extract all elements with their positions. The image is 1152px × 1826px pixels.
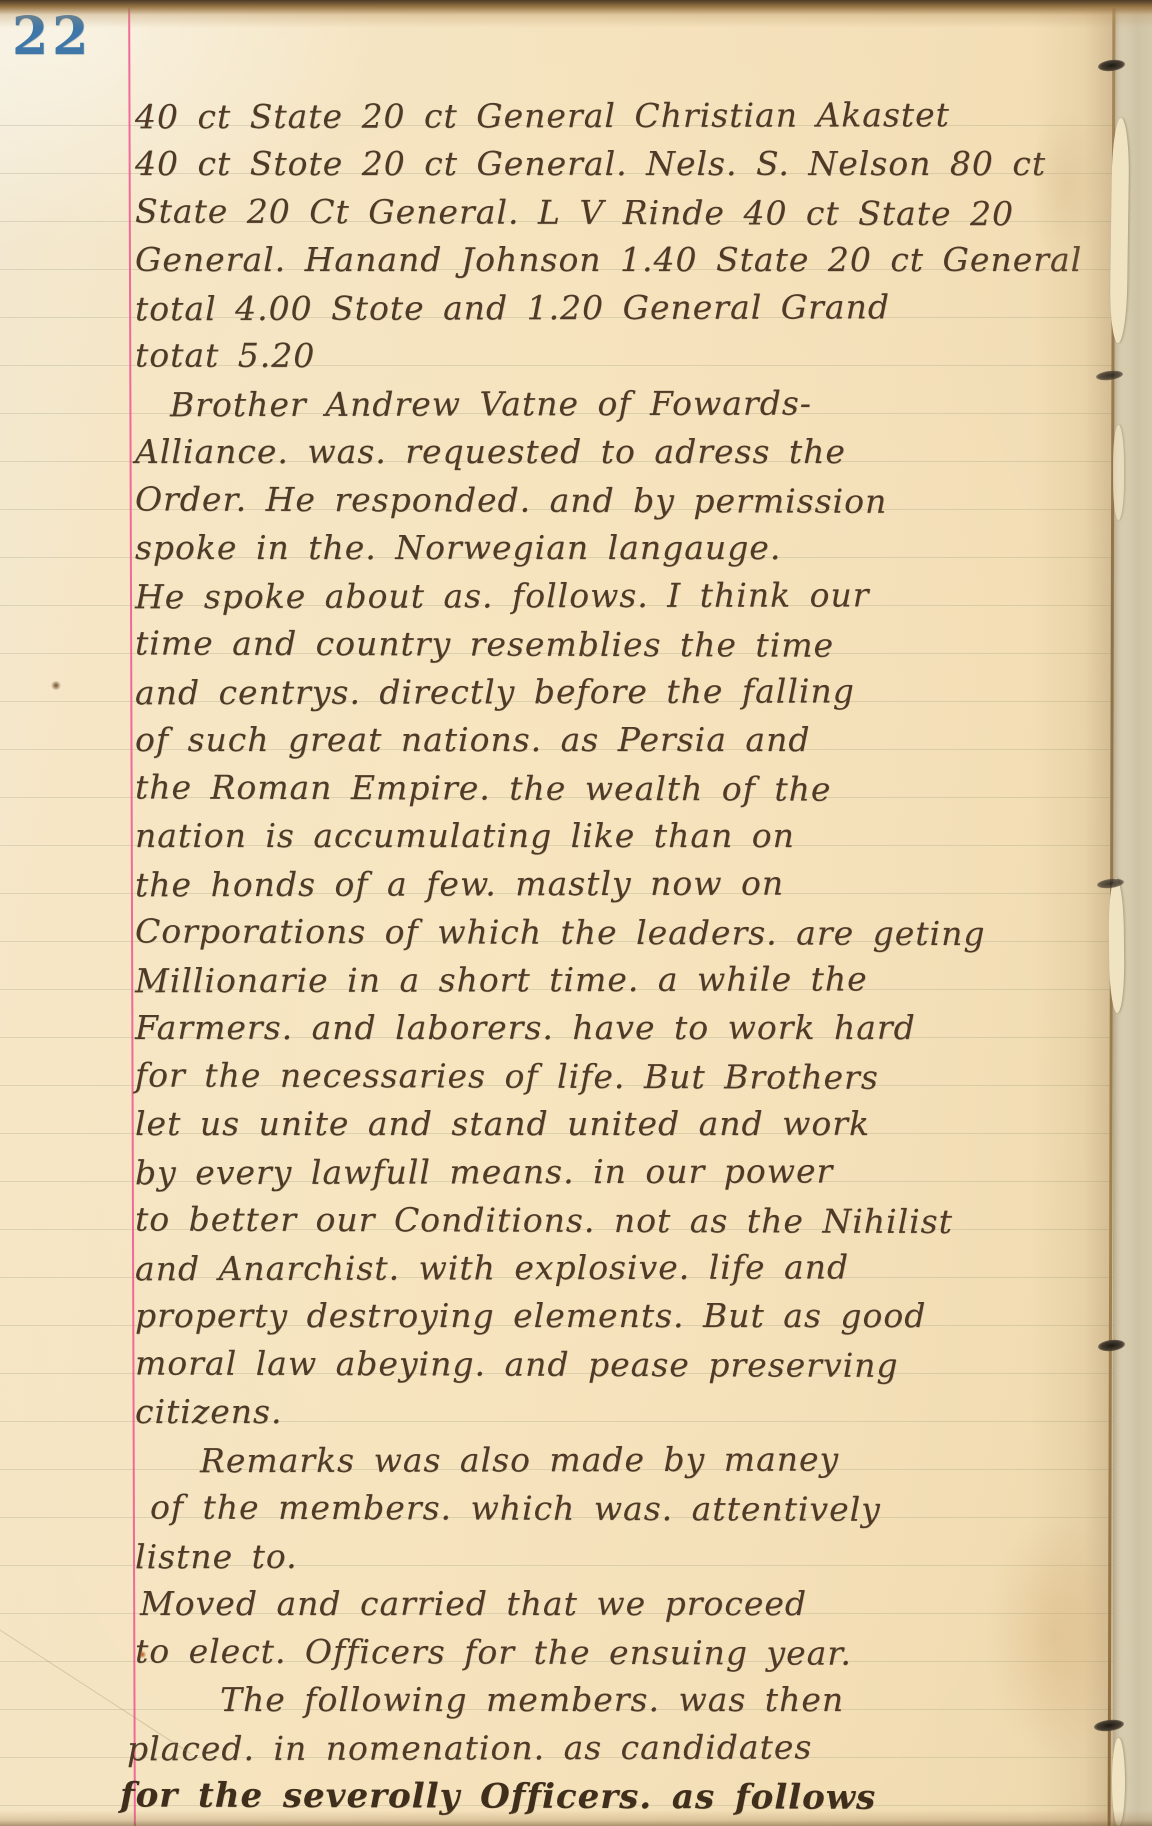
manuscript-line: of the members. which was. attentively — [150, 1483, 1110, 1534]
manuscript-line: spoke in the. Norwegian langauge. — [135, 524, 1110, 572]
manuscript-line: the honds of a few. mastly now on — [135, 859, 1110, 910]
manuscript-line: Order. He responded. and by permission — [135, 475, 1110, 526]
manuscript-line: to better our Conditions. not as the Nih… — [135, 1195, 1110, 1246]
page-curl-shadow — [1030, 0, 1113, 1826]
manuscript-line: total 4.00 Stote and 1.20 General Grand — [135, 283, 1110, 334]
manuscript-line: let us unite and stand united and work — [135, 1100, 1110, 1148]
manuscript-line: Millionarie in a short time. a while the — [135, 955, 1110, 1006]
manuscript-line: citizens. — [135, 1388, 1110, 1436]
manuscript-line: time and country resemblies the time — [135, 619, 1110, 670]
manuscript-line: State 20 Ct General. L V Rinde 40 ct Sta… — [135, 187, 1110, 238]
manuscript-line: General. Hanand Johnson 1.40 State 20 ct… — [135, 236, 1110, 284]
manuscript-line: and centrys. directly before the falling — [135, 667, 1110, 718]
stain — [51, 681, 61, 690]
manuscript-line: 40 ct Stote 20 ct General. Nels. S. Nels… — [135, 140, 1110, 188]
manuscript-line: nation is accumulating like than on — [135, 812, 1110, 860]
manuscript-line: Alliance. was. requested to adress the — [135, 428, 1110, 476]
manuscript-line: Moved and carried that we proceed — [140, 1580, 1110, 1628]
manuscript-line: for the necessaries of life. But Brother… — [135, 1051, 1110, 1102]
manuscript-line: Remarks was also made by maney — [200, 1435, 1110, 1485]
manuscript-line: 40 ct State 20 ct General Christian Akas… — [135, 91, 1110, 142]
manuscript-line: of such great nations. as Persia and — [135, 716, 1110, 764]
manuscript-line: placed. in nomenation. as candidates — [127, 1723, 1110, 1774]
page-top-edge — [0, 0, 1152, 28]
torn-fragment — [1113, 425, 1124, 520]
manuscript-line: listne to. — [135, 1531, 1110, 1582]
manuscript-line: totat 5.20 — [135, 331, 1110, 382]
manuscript-line: property destroying elements. But as goo… — [135, 1292, 1110, 1340]
manuscript-line: Farmers. and laborers. have to work hard — [135, 1004, 1110, 1052]
page-bottom-edge — [0, 1810, 1152, 1826]
manuscript-line: Corporations of which the leaders. are g… — [135, 907, 1110, 958]
manuscript-line: He spoke about as. follows. I think our — [135, 571, 1110, 622]
scanned-ledger-page: 22 40 ct State 20 ct General Christian A… — [0, 0, 1152, 1826]
manuscript-line: The following members. was then — [220, 1676, 1110, 1724]
manuscript-line: Brother Andrew Vatne of Fowards- — [170, 379, 1110, 429]
manuscript-line: by every lawfull means. in our power — [135, 1147, 1110, 1198]
manuscript-line: the Roman Empire. the wealth of the — [135, 763, 1110, 814]
manuscript-line: to elect. Officers for the ensuing year. — [135, 1627, 1110, 1678]
manuscript-line: and Anarchist. with explosive. life and — [135, 1243, 1110, 1294]
manuscript-line: moral law abeying. and pease preserving — [135, 1339, 1110, 1390]
manuscript-text: 40 ct State 20 ct General Christian Akas… — [135, 92, 1110, 1820]
